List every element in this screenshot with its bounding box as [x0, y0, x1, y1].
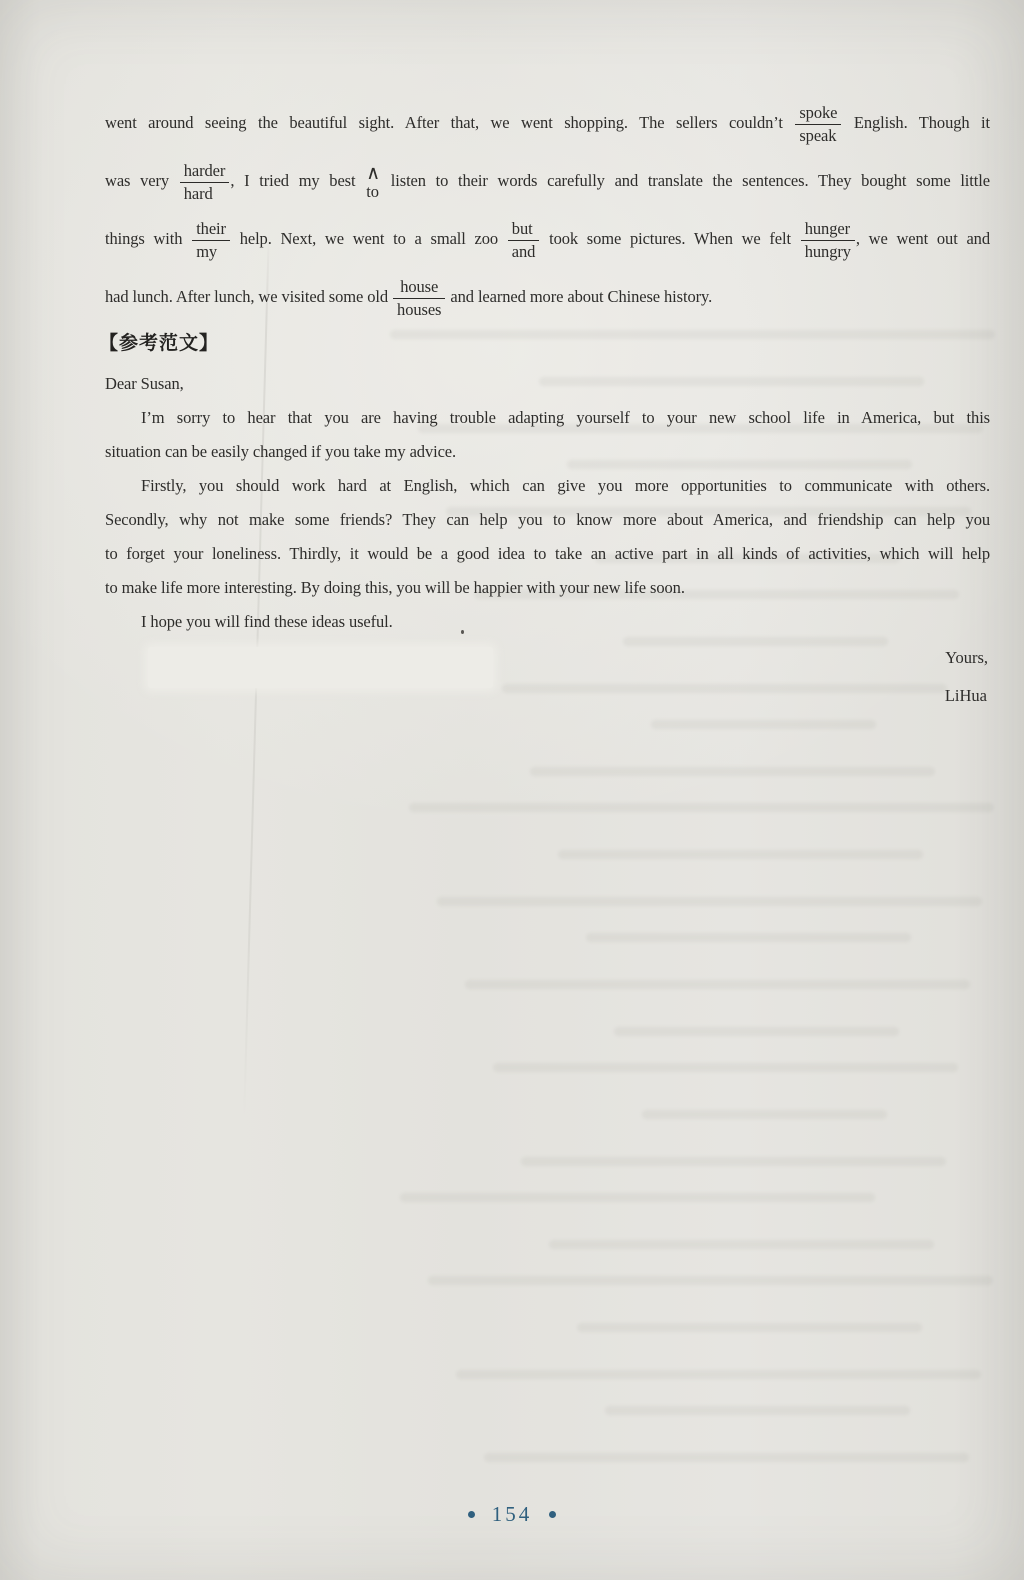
bleed-through-line	[605, 1406, 910, 1415]
bleed-through-line	[428, 1276, 993, 1285]
section-header: 【参考范文】	[99, 328, 219, 355]
bleed-through-line	[586, 933, 911, 942]
bleed-through-line	[484, 1453, 969, 1462]
page-number-dot-icon	[468, 1511, 475, 1518]
signature: LiHua	[945, 686, 987, 706]
bleed-through-line	[437, 897, 982, 906]
correction-fraction: butand	[508, 219, 540, 262]
correction-fraction: hungerhungry	[801, 219, 855, 262]
bleed-through-line	[614, 1027, 899, 1036]
passage-line: went around seeing the beautiful sight. …	[105, 94, 990, 152]
bleed-through-line	[502, 684, 947, 693]
bleed-through-line	[465, 980, 970, 989]
bleed-through-line	[642, 1110, 887, 1119]
passage-line: had lunch. After lunch, we visited some …	[105, 268, 990, 326]
page-number-dot-icon	[549, 1511, 556, 1518]
bleed-through-line	[577, 1323, 922, 1332]
bleed-through-line	[493, 1063, 958, 1072]
page-number-value: 154	[492, 1502, 533, 1527]
bleed-through-line	[521, 1157, 946, 1166]
bleed-through-line	[390, 330, 995, 339]
bleed-through-line	[651, 720, 876, 729]
passage-line: things with theirmy help. Next, we went …	[105, 210, 990, 268]
closing: Yours,	[945, 648, 988, 668]
page-number: 154	[0, 1502, 1024, 1527]
correction-fraction: harderhard	[180, 161, 230, 204]
ink-speck	[461, 630, 464, 634]
insertion-caret: ∧to	[366, 164, 380, 201]
essay-line: situation can be easily changed if you t…	[105, 435, 990, 469]
essay-line: to make life more interesting. By doing …	[105, 571, 990, 605]
passage-line: was very harderhard, I tried my best ∧to…	[105, 152, 990, 210]
essay-body: Dear Susan, I’m sorry to hear that you a…	[105, 367, 990, 639]
bleed-through-line	[456, 1370, 981, 1379]
bleed-through-line	[400, 1193, 875, 1202]
bleed-through-line	[409, 803, 994, 812]
essay-line: Secondly, why not make some friends? The…	[105, 503, 990, 537]
correction-passage: went around seeing the beautiful sight. …	[105, 94, 990, 326]
essay-line: to forget your loneliness. Thirdly, it w…	[105, 537, 990, 571]
correction-fraction: spokespeak	[795, 103, 841, 146]
bleed-through-line	[530, 767, 935, 776]
whiteout-patch	[148, 647, 493, 688]
essay-line: I hope you will find these ideas useful.	[105, 605, 990, 639]
essay-paragraphs: I’m sorry to hear that you are having tr…	[105, 401, 990, 639]
correction-fraction: househouses	[393, 277, 445, 320]
bleed-through-line	[558, 850, 923, 859]
salutation: Dear Susan,	[105, 367, 990, 401]
bleed-through-line	[549, 1240, 934, 1249]
essay-line: Firstly, you should work hard at English…	[105, 469, 990, 503]
correction-fraction: theirmy	[192, 219, 230, 262]
essay-line: I’m sorry to hear that you are having tr…	[105, 401, 990, 435]
